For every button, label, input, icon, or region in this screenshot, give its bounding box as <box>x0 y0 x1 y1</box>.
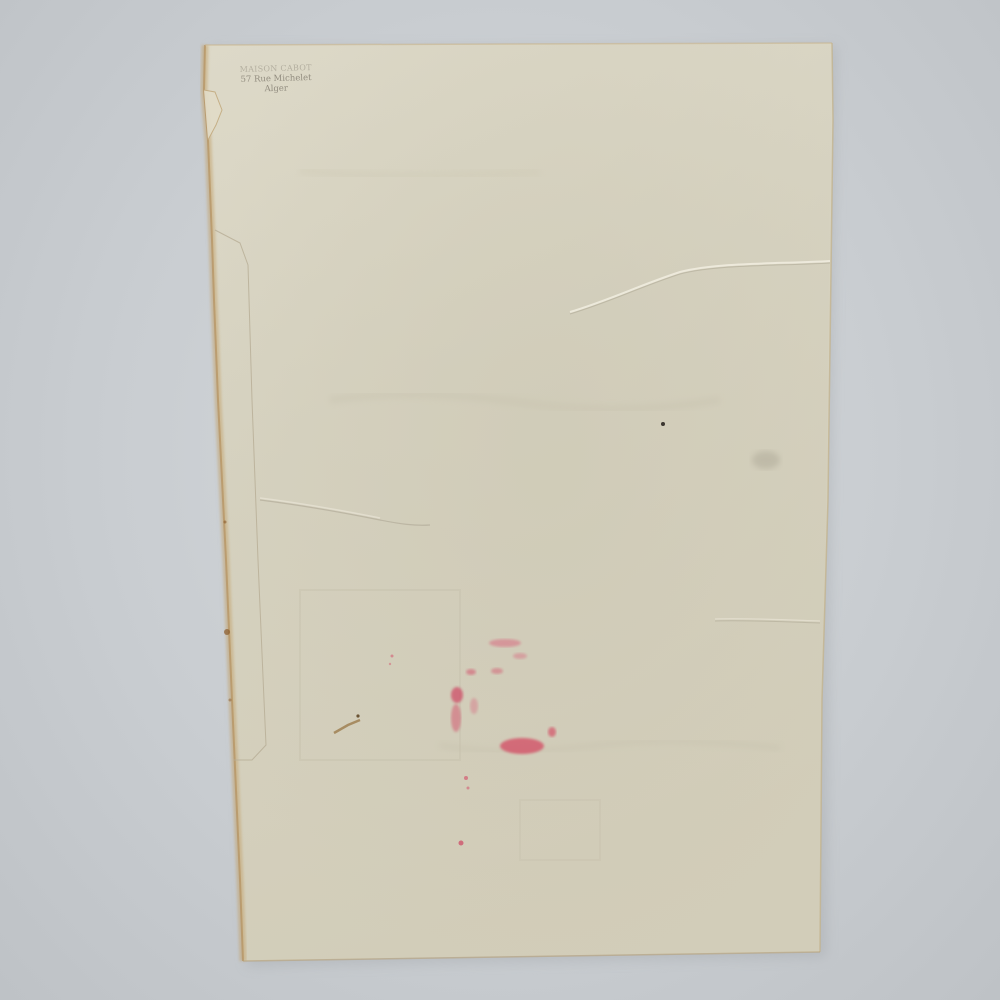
paper-sheet <box>0 0 1000 1000</box>
address-stamp: MAISON CABOT 57 Rue Michelet Alger <box>228 63 325 96</box>
photo-scene: MAISON CABOT 57 Rue Michelet Alger red i… <box>0 0 1000 1000</box>
